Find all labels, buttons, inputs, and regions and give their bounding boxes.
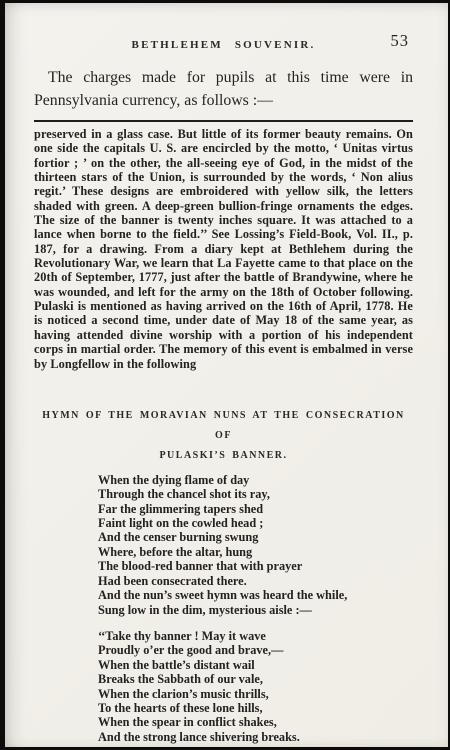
poem-line: And the strong lance shivering breaks. [98, 730, 413, 744]
stanza-1: When the dying flame of dayThrough the c… [98, 473, 413, 617]
poem-line: When the spear in conflict shakes, [98, 715, 413, 729]
poem-line: Sung low in the dim, mysterious aisle :— [98, 603, 413, 617]
poem-line: When the clarion’s music thrills, [98, 687, 413, 701]
hymn-heading: HYMN OF THE MORAVIAN NUNS AT THE CONSECR… [34, 406, 413, 466]
running-header: BETHLEHEM SOUVENIR. 53 [34, 3, 413, 53]
poem-line: When the battle’s distant wail [98, 658, 413, 672]
poem-line: Where, before the altar, hung [98, 545, 413, 559]
poem-line: Proudly o’er the good and brave,— [98, 643, 413, 657]
poem-line: Far the glimmering tapers shed [98, 502, 413, 516]
poem-line: Had been consecrated there. [98, 574, 413, 588]
divider-rule [34, 120, 413, 122]
intro-line-1: The charges made for pupils at this time… [34, 67, 413, 90]
poem-line: The blood-red banner that with prayer [98, 559, 413, 573]
page-content: BETHLEHEM SOUVENIR. 53 The charges made … [5, 3, 448, 747]
poem-line: Breaks the Sabbath of our vale, [98, 672, 413, 686]
running-header-title: BETHLEHEM SOUVENIR. [132, 39, 316, 51]
hymn-heading-line-1: HYMN OF THE MORAVIAN NUNS AT THE CONSECR… [34, 406, 413, 446]
intro-line-2: Pennsylvania currency, as follows :— [34, 90, 413, 113]
poem-line: Through the chancel shot its ray, [98, 487, 413, 501]
page-number: 53 [391, 31, 410, 51]
poem-line: And the censer burning swung [98, 530, 413, 544]
hymn-poem: When the dying flame of dayThrough the c… [98, 473, 413, 744]
poem-line: When the dying flame of day [98, 473, 413, 487]
poem-line: And the nun’s sweet hymn was heard the w… [98, 588, 413, 602]
scanned-page-frame: BETHLEHEM SOUVENIR. 53 The charges made … [0, 0, 450, 750]
book-page: BETHLEHEM SOUVENIR. 53 The charges made … [5, 3, 448, 747]
poem-line: To the hearts of these lone hills, [98, 701, 413, 715]
poem-line: Faint light on the cowled head ; [98, 516, 413, 530]
body-paragraph: preserved in a glass case. But little of… [34, 127, 413, 371]
stanza-2: ‘‘Take thy banner ! May it waveProudly o… [98, 629, 413, 744]
hymn-heading-line-2: PULASKI’S BANNER. [34, 446, 413, 466]
poem-line: ‘‘Take thy banner ! May it wave [98, 629, 413, 643]
intro-paragraph: The charges made for pupils at this time… [34, 67, 413, 112]
